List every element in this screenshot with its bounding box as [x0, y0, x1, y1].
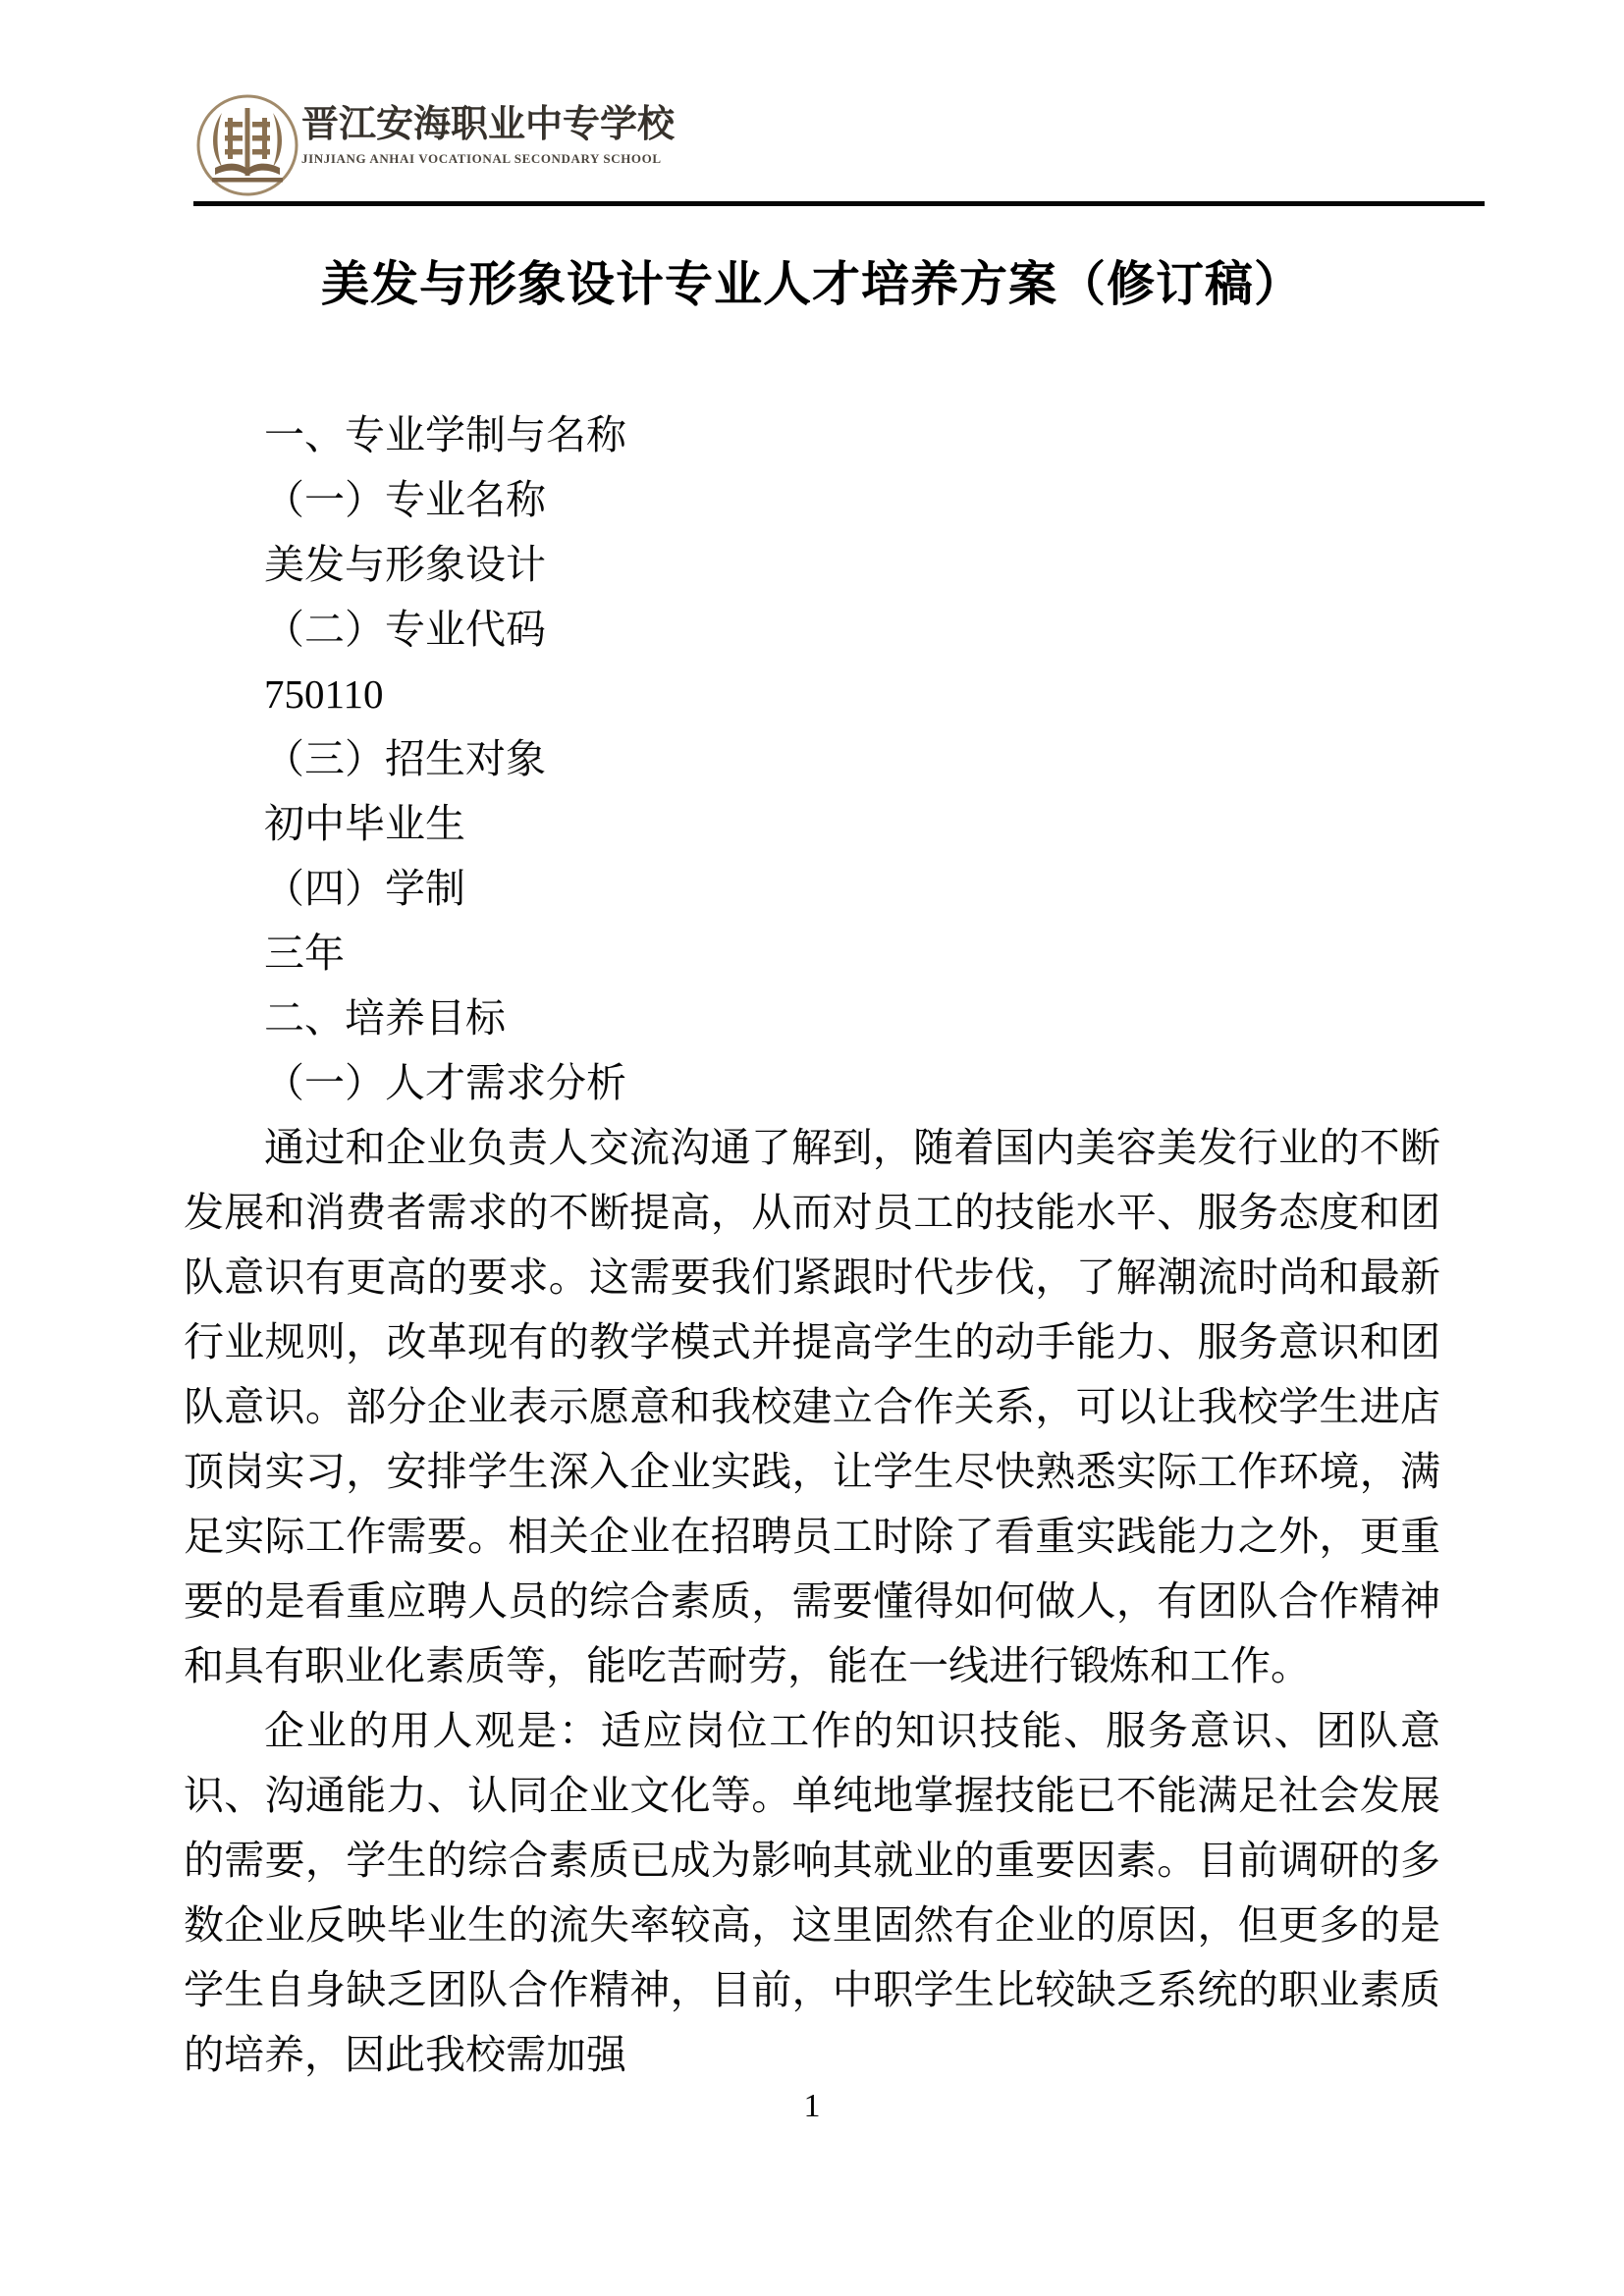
sub-heading: （一）专业名称: [184, 467, 1440, 532]
sub-heading: （三）招生对象: [184, 726, 1440, 791]
section-heading: 二、培养目标: [184, 986, 1440, 1050]
document-title: 美发与形象设计专业人才培养方案（修订稿）: [0, 247, 1624, 322]
paragraph: 通过和企业负责人交流沟通了解到，随着国内美容美发行业的不断发展和消费者需求的不断…: [184, 1115, 1440, 1698]
sub-heading: （一）人才需求分析: [184, 1050, 1440, 1115]
body-line: 750110: [184, 662, 1440, 726]
document-body: 一、专业学制与名称 （一）专业名称 美发与形象设计 （二）专业代码 750110…: [184, 402, 1440, 2087]
body-line: 三年: [184, 921, 1440, 986]
page-header: 晋江安海职业中专学校 JINJIANG ANHAI VOCATIONAL SEC…: [195, 93, 675, 197]
body-line: 初中毕业生: [184, 791, 1440, 856]
body-line: 美发与形象设计: [184, 532, 1440, 597]
section-heading: 一、专业学制与名称: [184, 402, 1440, 467]
paragraph: 企业的用人观是：适应岗位工作的知识技能、服务意识、团队意识、沟通能力、认同企业文…: [184, 1698, 1440, 2087]
sub-heading: （二）专业代码: [184, 597, 1440, 662]
school-name-block: 晋江安海职业中专学校 JINJIANG ANHAI VOCATIONAL SEC…: [301, 93, 675, 167]
school-name-english: JINJIANG ANHAI VOCATIONAL SECONDARY SCHO…: [301, 151, 675, 167]
school-crest-icon: [195, 93, 299, 197]
page-number: 1: [0, 2083, 1624, 2130]
document-page: 晋江安海职业中专学校 JINJIANG ANHAI VOCATIONAL SEC…: [0, 0, 1624, 2296]
header-divider: [193, 201, 1485, 206]
sub-heading: （四）学制: [184, 856, 1440, 921]
school-name-chinese: 晋江安海职业中专学校: [301, 102, 675, 147]
